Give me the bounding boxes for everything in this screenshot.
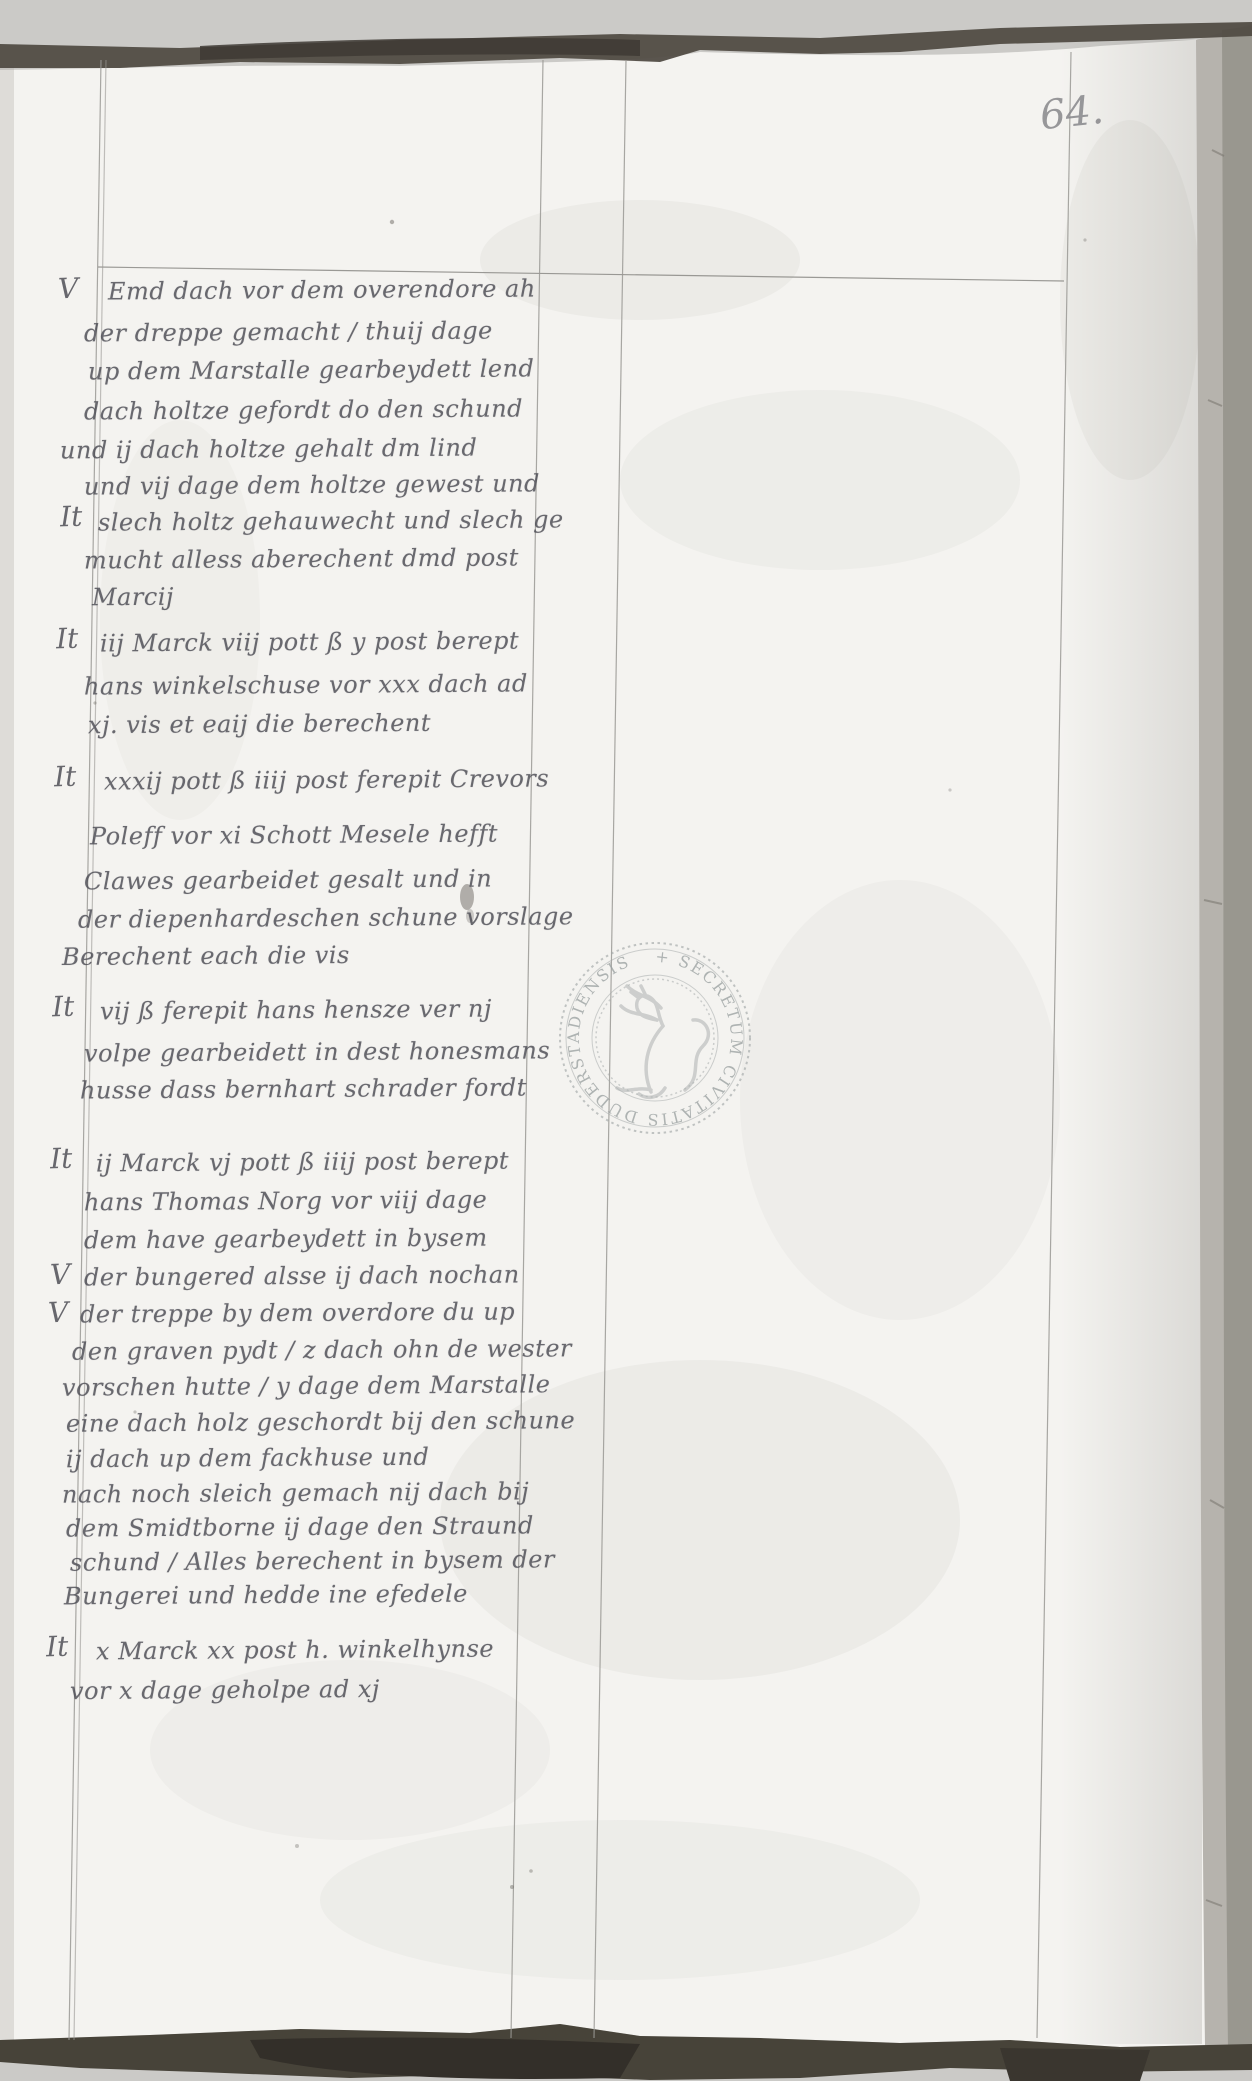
manuscript-line: dem Smidtborne ij dage den Straund (66, 1511, 534, 1542)
manuscript-line: nach noch sleich gemach nij dach bij (62, 1477, 529, 1508)
margin-mark: It (49, 1142, 72, 1176)
manuscript-line: volpe gearbeidett in dest honesmans (84, 1036, 550, 1067)
manuscript-line: vij ß ferepit hans hensze ver nj (100, 995, 492, 1026)
margin-mark: V (47, 1296, 68, 1330)
manuscript-line: hans Thomas Norg vor viij dage (84, 1186, 488, 1217)
manuscript-line: up dem Marstalle gearbeydett lend (88, 354, 535, 385)
manuscript-line: den graven pydt / z dach ohn de wester (72, 1334, 572, 1365)
manuscript-page: 64. + SECRETUM CIVITATIS DUDERSTADIENSIS… (0, 0, 1252, 2081)
margin-mark: It (53, 760, 76, 794)
manuscript-line: und vij dage dem holtze gewest und (84, 469, 540, 500)
margin-mark: It (45, 1630, 68, 1664)
manuscript-line: husse dass bernhart schrader fordt (80, 1073, 527, 1104)
manuscript-line: iij Marck viij pott ß y post berept (100, 627, 519, 658)
manuscript-line: der dreppe gemacht / thuij dage (84, 317, 493, 348)
manuscript-line: der bungered alsse ij dach nochan (84, 1260, 520, 1291)
manuscript-line: und ij dach holtze gehalt dm lind (60, 434, 477, 465)
manuscript-line: xj. vis et eaij die berechent (88, 709, 431, 739)
manuscript-line: dem have gearbeydett in bysem (84, 1224, 488, 1255)
manuscript-line: eine dach holz geschordt bij den schune (66, 1406, 575, 1438)
manuscript-line: ij Marck vj pott ß iiij post berept (96, 1147, 509, 1178)
manuscript-line: x Marck xx post h. winkelhynse (96, 1635, 494, 1666)
manuscript-line: ij dach up dem fackhuse und (66, 1443, 430, 1474)
manuscript-line: Bungerei und hedde ine efedele (64, 1580, 468, 1611)
manuscript-line: dach holtze gefordt do den schund (84, 394, 523, 425)
manuscript-line: der treppe by dem overdore du up (80, 1297, 515, 1328)
margin-mark: It (59, 500, 82, 534)
manuscript-line: Berechent each die vis (62, 941, 350, 971)
manuscript-line: vorschen hutte / y dage dem Marstalle (62, 1370, 551, 1401)
margin-mark: It (55, 622, 78, 656)
manuscript-line: mucht alless aberechent dmd post (84, 543, 519, 574)
margin-mark: V (49, 1258, 70, 1292)
manuscript-text: V It It It It It V V It Emd dach vor dem… (0, 0, 1252, 2081)
manuscript-line: Marcij (92, 583, 174, 612)
manuscript-line: Emd dach vor dem overendore ah (108, 275, 536, 306)
margin-mark: It (51, 990, 74, 1024)
manuscript-line: der diepenhardeschen schune vorslage (78, 902, 574, 933)
manuscript-line: hans winkelschuse vor xxx dach ad (84, 669, 528, 700)
manuscript-line: schund / Alles berechent in bysem der (70, 1545, 555, 1576)
manuscript-line: Poleff vor xi Schott Mesele hefft (90, 820, 498, 851)
manuscript-line: slech holtz gehauwecht und slech ge (98, 505, 564, 536)
manuscript-line: vor x dage geholpe ad xj (70, 1675, 380, 1705)
manuscript-line: Clawes gearbeidet gesalt und in (84, 865, 492, 896)
margin-mark: V (57, 272, 78, 306)
manuscript-line: xxxij pott ß iiij post ferepit Crevors (104, 764, 549, 795)
